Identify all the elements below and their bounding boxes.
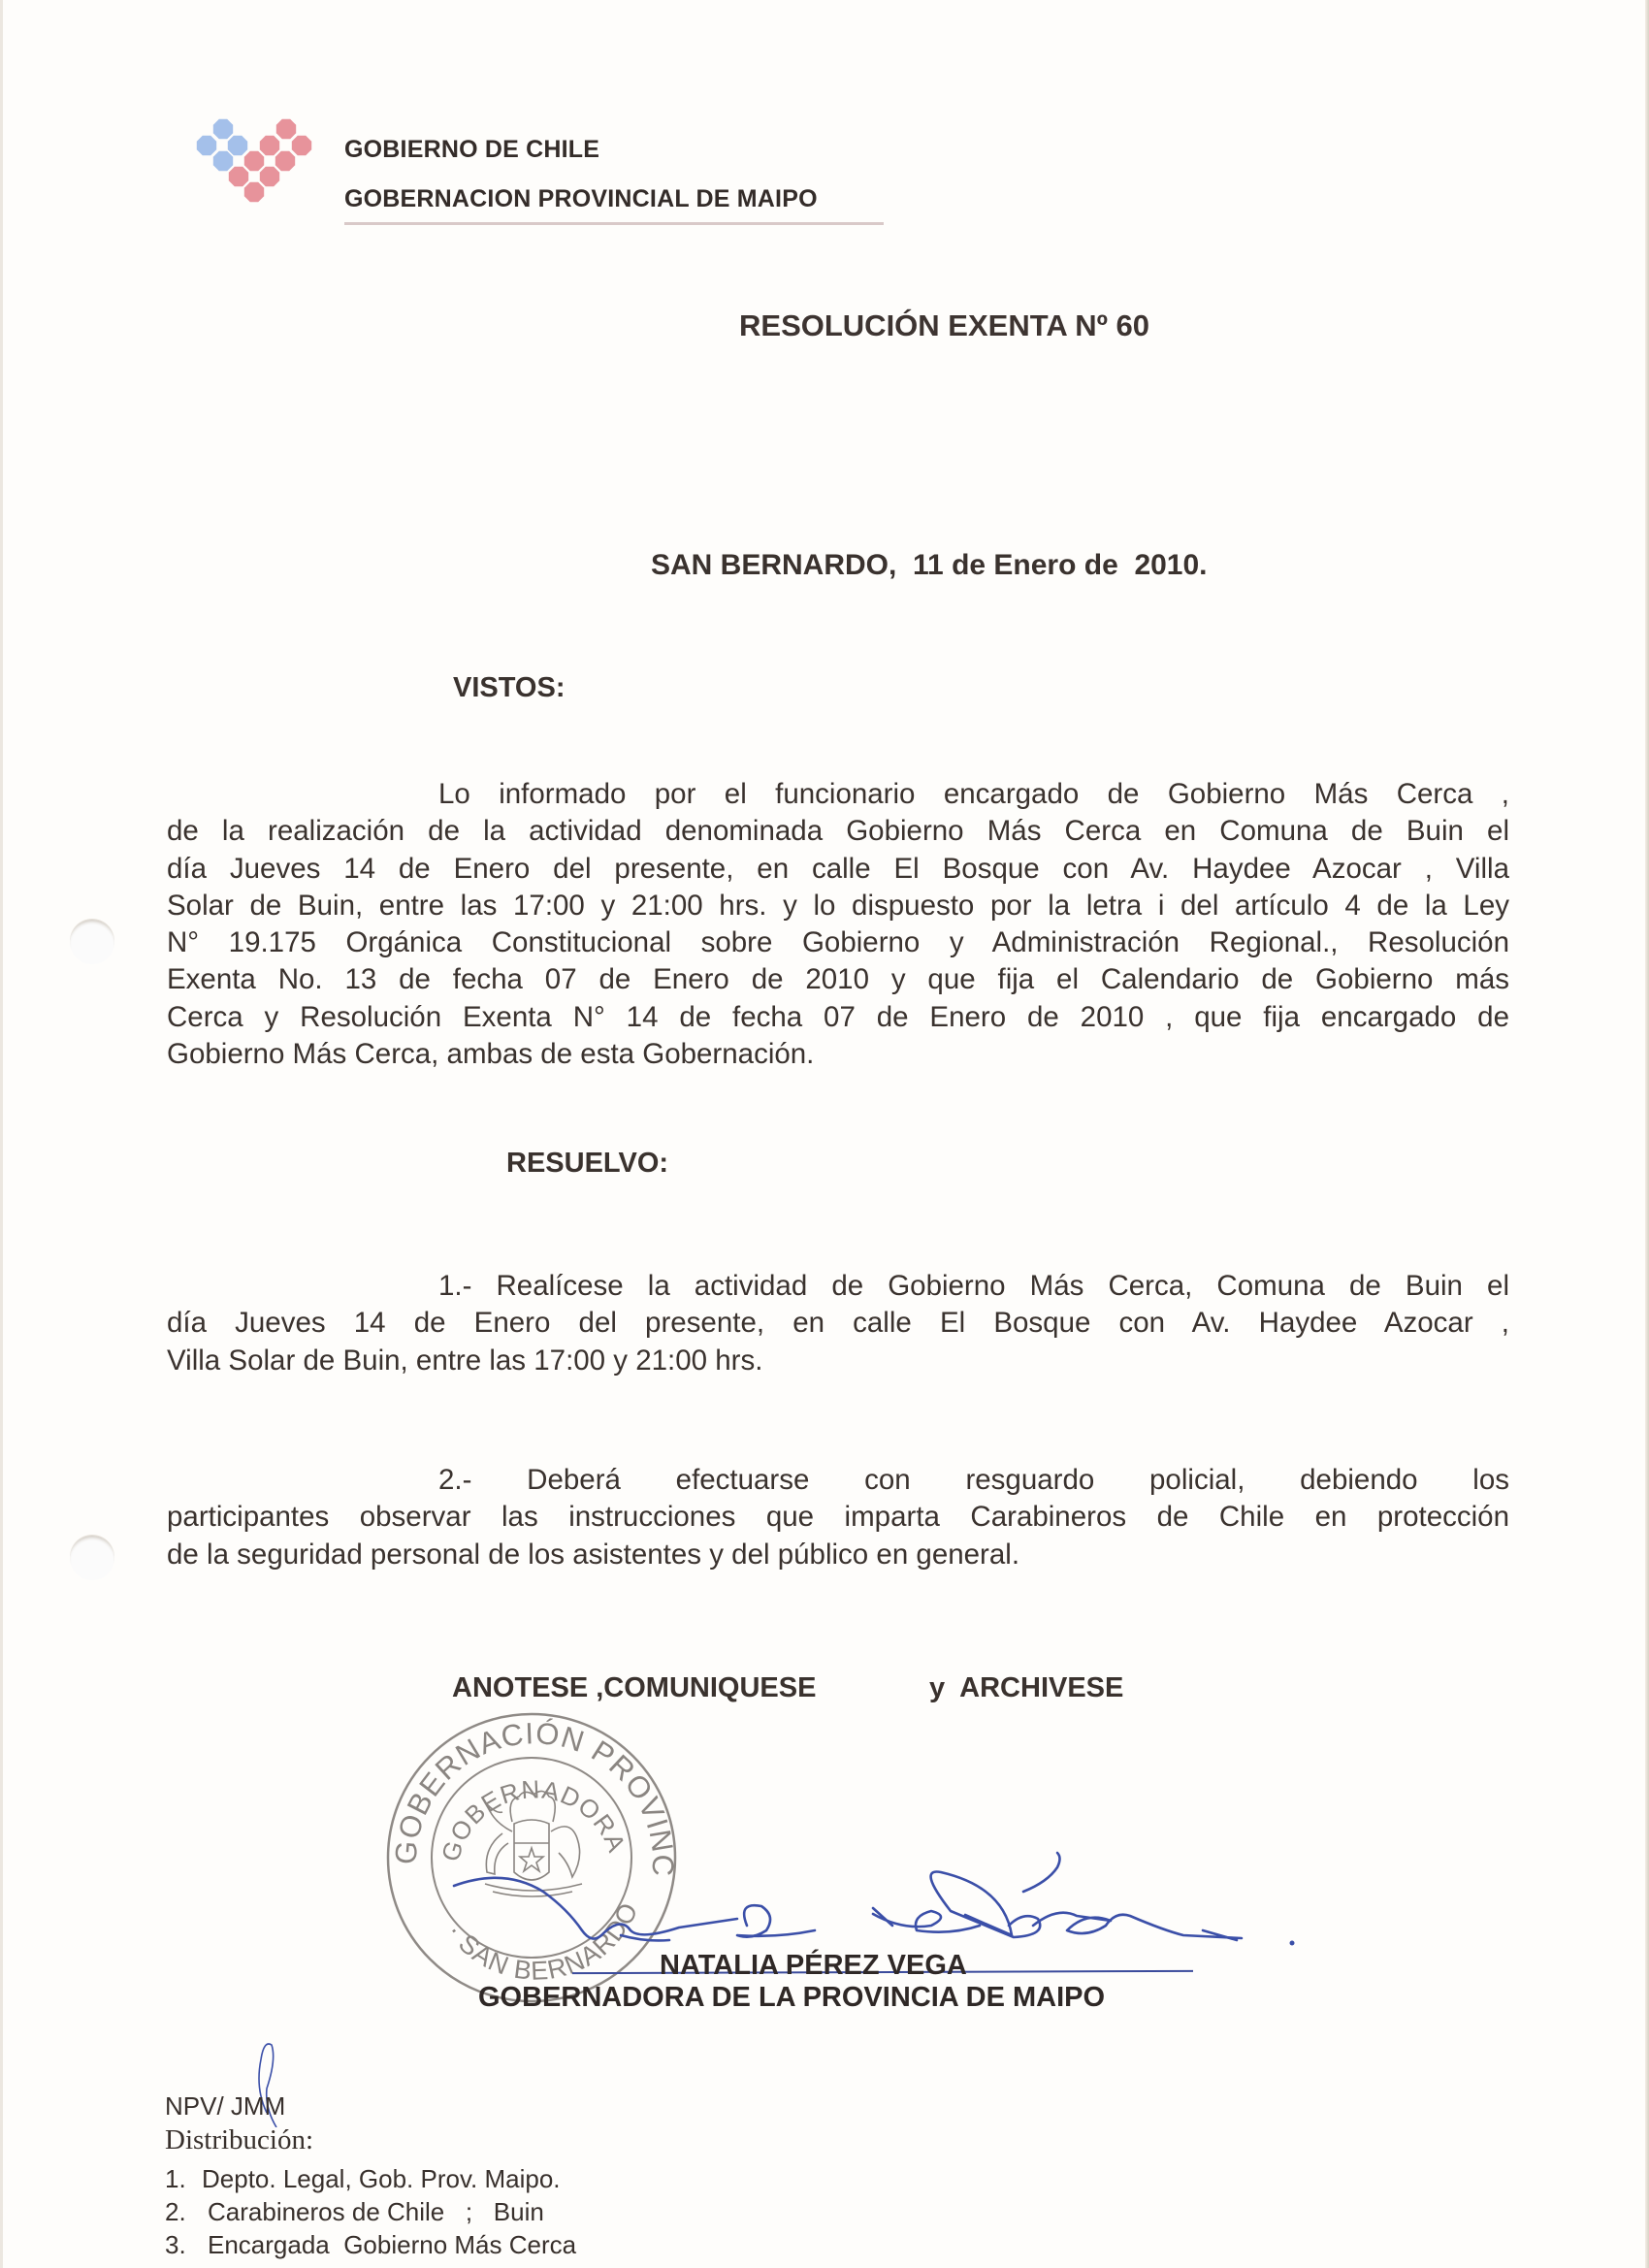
document-title: RESOLUCIÓN EXENTA Nº 60 (739, 308, 1149, 343)
distribution-item: 2.Carabineros de Chile ; Buin (165, 2197, 544, 2227)
distribution-item-number: 3. (165, 2230, 208, 2260)
distribution-item: 3.Encargada Gobierno Más Cerca (165, 2230, 576, 2260)
vistos-paragraph: Lo informado por el funcionario encargad… (167, 776, 1509, 1073)
distribution-item-number: 1. (165, 2164, 202, 2194)
closing-formula-left: ANOTESE ,COMUNIQUESE (452, 1672, 816, 1704)
punch-hole (70, 1536, 114, 1580)
signatory-name: NATALIA PÉREZ VEGA (660, 1950, 967, 1982)
letterhead-line-2: GOBERNACION PROVINCIAL DE MAIPO (344, 185, 818, 213)
paragraph-line: participantes observar las instrucciones… (167, 1499, 1509, 1536)
scan-edge-left (0, 0, 3, 2268)
resuelvo-item-1: 1.- Realícese la actividad de Gobierno M… (167, 1268, 1509, 1379)
paragraph-line: día Jueves 14 de Enero del presente, en … (167, 1305, 1509, 1342)
paragraph-line: de la seguridad personal de los asistent… (167, 1537, 1509, 1573)
closing-formula-right: y ARCHIVESE (929, 1672, 1123, 1704)
paragraph-line: Villa Solar de Buin, entre las 17:00 y 2… (167, 1343, 1509, 1379)
distribution-item-text: Encargada Gobierno Más Cerca (208, 2230, 576, 2259)
paragraph-line: de la realización de la actividad denomi… (167, 813, 1509, 850)
signatory-position: GOBERNADORA DE LA PROVINCIA DE MAIPO (478, 1982, 1105, 2014)
paragraph-line: 2.- Deberá efectuarse con resguardo poli… (167, 1462, 1509, 1499)
resuelvo-heading: RESUELVO: (506, 1148, 668, 1180)
distribution-item: 1.Depto. Legal, Gob. Prov. Maipo. (165, 2164, 561, 2194)
resuelvo-item-2: 2.- Deberá efectuarse con resguardo poli… (167, 1462, 1509, 1573)
scan-edge-right (1645, 0, 1649, 2268)
distribution-item-text: Carabineros de Chile ; Buin (208, 2197, 544, 2226)
letterhead-line-1: GOBIERNO DE CHILE (344, 136, 599, 164)
vistos-heading: VISTOS: (453, 672, 566, 704)
paragraph-line: Gobierno Más Cerca, ambas de esta Gobern… (167, 1036, 1509, 1073)
letterhead-rule (344, 222, 884, 225)
punch-hole (70, 920, 114, 964)
paragraph-line: día Jueves 14 de Enero del presente, en … (167, 851, 1509, 888)
paragraph-line: 1.- Realícese la actividad de Gobierno M… (167, 1268, 1509, 1305)
gobierno-de-chile-logo-icon (184, 112, 330, 209)
distribution-label: Distribución: (165, 2124, 313, 2156)
paragraph-line: Cerca y Resolución Exenta N° 14 de fecha… (167, 999, 1509, 1036)
paragraph-line: N° 19.175 Orgánica Constitucional sobre … (167, 924, 1509, 961)
paragraph-line: Exenta No. 13 de fecha 07 de Enero de 20… (167, 961, 1509, 998)
distribution-item-text: Depto. Legal, Gob. Prov. Maipo. (202, 2164, 561, 2193)
paragraph-line: Solar de Buin, entre las 17:00 y 21:00 h… (167, 888, 1509, 924)
reference-initials: NPV/ JMM (165, 2091, 285, 2122)
paragraph-line: Lo informado por el funcionario encargad… (167, 776, 1509, 813)
distribution-item-number: 2. (165, 2197, 208, 2227)
place-date: SAN BERNARDO, 11 de Enero de 2010. (651, 549, 1208, 582)
